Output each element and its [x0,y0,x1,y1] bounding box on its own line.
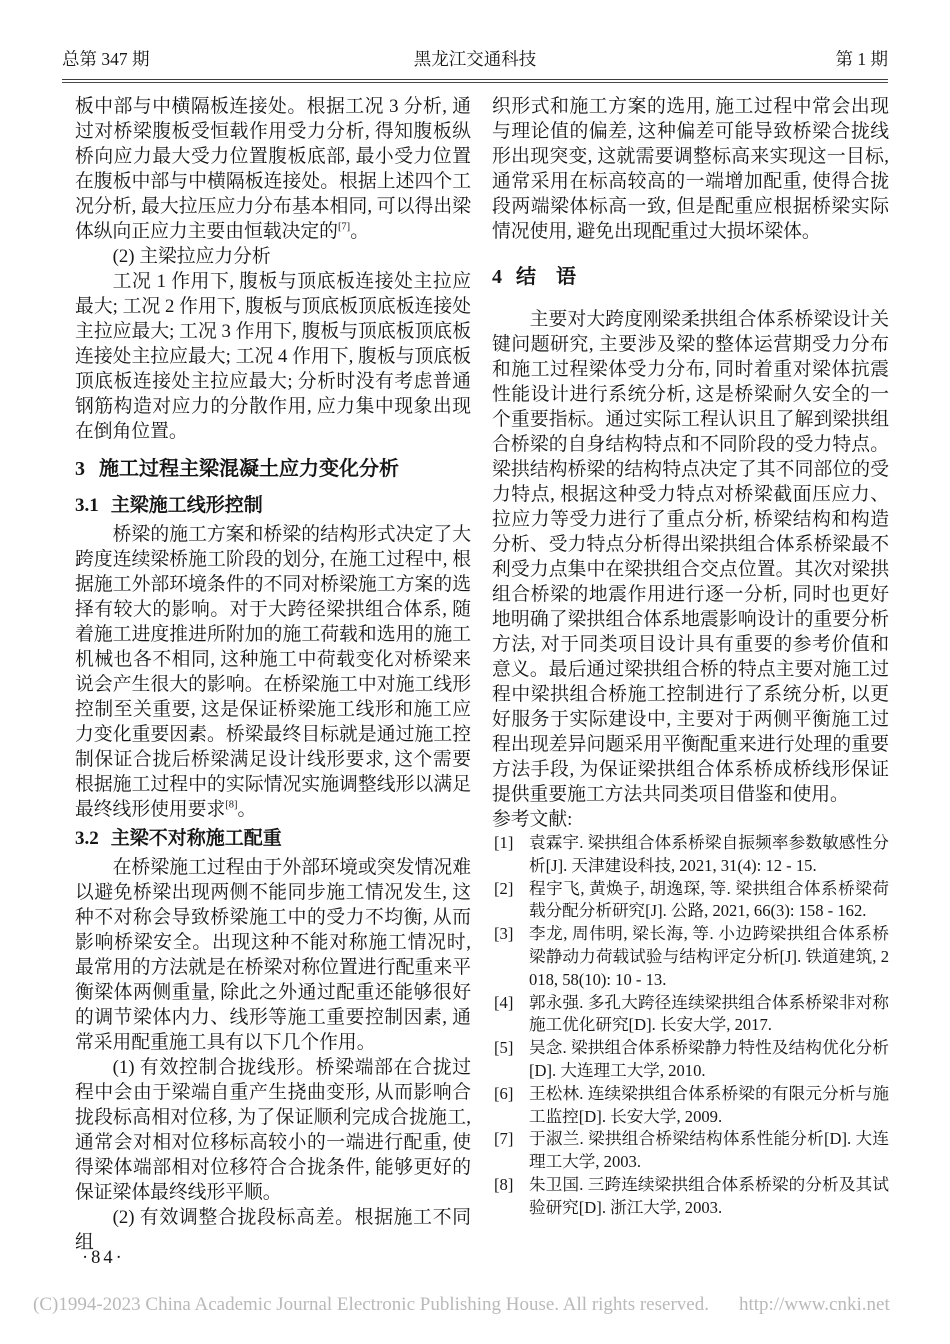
reference-text: 李龙, 周伟明, 梁长海, 等. 小边跨梁拱组合体系桥梁静动力荷载试验与结构评定… [529,924,889,989]
reference-text: 郭永强. 多孔大跨径连续梁拱组合体系桥梁非对称施工优化研究[D]. 长安大学, … [529,993,889,1035]
reference-number: [4] [494,992,513,1015]
paragraph: 工况 1 作用下, 腹板与顶底板连接处主拉应最大; 工况 2 作用下, 腹板与顶… [75,269,471,444]
reference-text: 吴念. 梁拱组合体系桥梁静力特性及结构优化分析[D]. 大连理工大学, 2010… [529,1038,889,1080]
journal-title: 黑龙江交通科技 [62,46,888,71]
section-number: 3 [75,458,85,480]
reference-number: [7] [494,1128,513,1151]
reference-number: [8] [494,1174,513,1197]
paragraph-text: 桥梁的施工方案和桥梁的结构形式决定了大跨度连续梁桥施工阶段的划分, 在施工过程中… [75,524,471,820]
paragraph: (2) 有效调整合拢段标高差。根据施工不同组 [75,1205,471,1255]
reference-item: [5]吴念. 梁拱组合体系桥梁静力特性及结构优化分析[D]. 大连理工大学, 2… [492,1037,889,1083]
reference-text: 于淑兰. 梁拱组合桥梁结构体系性能分析[D]. 大连理工大学, 2003. [529,1129,889,1171]
reference-text: 程宇飞, 黄焕子, 胡逸琛, 等. 梁拱组合体系桥梁荷载分配分析研究[J]. 公… [529,879,889,921]
section-number: 4 [492,266,502,288]
references-label: 参考文献: [492,807,889,832]
footer-copyright: (C)1994-2023 China Academic Journal Elec… [33,1294,709,1315]
reference-number: [3] [494,923,513,946]
reference-number: [5] [494,1037,513,1060]
subsection-title: 主梁不对称施工配重 [111,828,282,849]
reference-number: [6] [494,1083,513,1106]
paragraph: (1) 有效控制合拢线形。桥梁端部在合拢过程中会由于梁端自重产生挠曲变形, 从而… [75,1055,471,1205]
paragraph: 织形式和施工方案的选用, 施工过程中常会出现与理论值的偏差, 这种偏差可能导致桥… [492,94,889,244]
paragraph: 在桥梁施工过程由于外部环境或突发情况难以避免桥梁出现两侧不能同步施工情况发生, … [75,855,471,1055]
reference-number: [2] [494,878,513,901]
subsection-heading-3-2: 3.2主梁不对称施工配重 [75,826,471,851]
reference-text: 朱卫国. 三跨连续梁拱组合体系桥梁的分析及其试验研究[D]. 浙江大学, 200… [529,1175,889,1217]
subsection-heading-3-1: 3.1主梁施工线形控制 [75,493,471,518]
reference-item: [8]朱卫国. 三跨连续梁拱组合体系桥梁的分析及其试验研究[D]. 浙江大学, … [492,1174,889,1220]
paragraph-text: 。 [238,799,257,820]
paragraph: 桥梁的施工方案和桥梁的结构形式决定了大跨度连续梁桥施工阶段的划分, 在施工过程中… [75,522,471,822]
page-footer: (C)1994-2023 China Academic Journal Elec… [33,1294,890,1316]
paragraph-text: 。 [350,221,369,242]
subsection-title: 主梁施工线形控制 [111,495,263,516]
section-title: 施工过程主梁混凝土应力变化分析 [99,458,399,480]
citation-ref-8: [8] [225,800,237,811]
reference-text: 袁霖宇. 梁拱组合体系桥梁自振频率参数敏感性分析[J]. 天津建设科技, 202… [529,833,889,875]
header-rule [62,79,888,83]
section-title: 结 语 [516,266,576,288]
reference-item: [4]郭永强. 多孔大跨径连续梁拱组合体系桥梁非对称施工优化研究[D]. 长安大… [492,992,889,1038]
reference-item: [1]袁霖宇. 梁拱组合体系桥梁自振频率参数敏感性分析[J]. 天津建设科技, … [492,832,889,878]
right-column: 织形式和施工方案的选用, 施工过程中常会出现与理论值的偏差, 这种偏差可能导致桥… [492,94,889,1220]
left-column: 板中部与中横隔板连接处。根据工况 3 分析, 通过对桥梁腹板受恒载作用受力分析,… [75,94,471,1255]
page-header: 总第 347 期 黑龙江交通科技 第 1 期 [62,46,888,71]
reference-item: [6]王松林. 连续梁拱组合体系桥梁的有限元分析与施工监控[D]. 长安大学, … [492,1083,889,1129]
subsection-number: 3.1 [75,495,99,516]
reference-number: [1] [494,832,513,855]
paragraph-text: 板中部与中横隔板连接处。根据工况 3 分析, 通过对桥梁腹板受恒载作用受力分析,… [75,96,471,242]
footer-url: http://www.cnki.net [739,1294,890,1315]
reference-item: [7]于淑兰. 梁拱组合桥梁结构体系性能分析[D]. 大连理工大学, 2003. [492,1128,889,1174]
citation-ref-7: [7] [338,222,350,233]
section-heading-4: 4结 语 [492,265,889,290]
page-number: ·84· [82,1248,125,1269]
paragraph: 主要对大跨度刚梁柔拱组合体系桥梁设计关键问题研究, 主要涉及梁的整体运营期受力分… [492,307,889,807]
section-heading-3: 3施工过程主梁混凝土应力变化分析 [75,457,471,482]
reference-item: [3]李龙, 周伟明, 梁长海, 等. 小边跨梁拱组合体系桥梁静动力荷载试验与结… [492,923,889,991]
reference-item: [2]程宇飞, 黄焕子, 胡逸琛, 等. 梁拱组合体系桥梁荷载分配分析研究[J]… [492,878,889,924]
paragraph: 板中部与中横隔板连接处。根据工况 3 分析, 通过对桥梁腹板受恒载作用受力分析,… [75,94,471,244]
reference-text: 王松林. 连续梁拱组合体系桥梁的有限元分析与施工监控[D]. 长安大学, 200… [529,1084,889,1126]
paragraph: (2) 主梁拉应力分析 [75,244,471,269]
subsection-number: 3.2 [75,828,99,849]
